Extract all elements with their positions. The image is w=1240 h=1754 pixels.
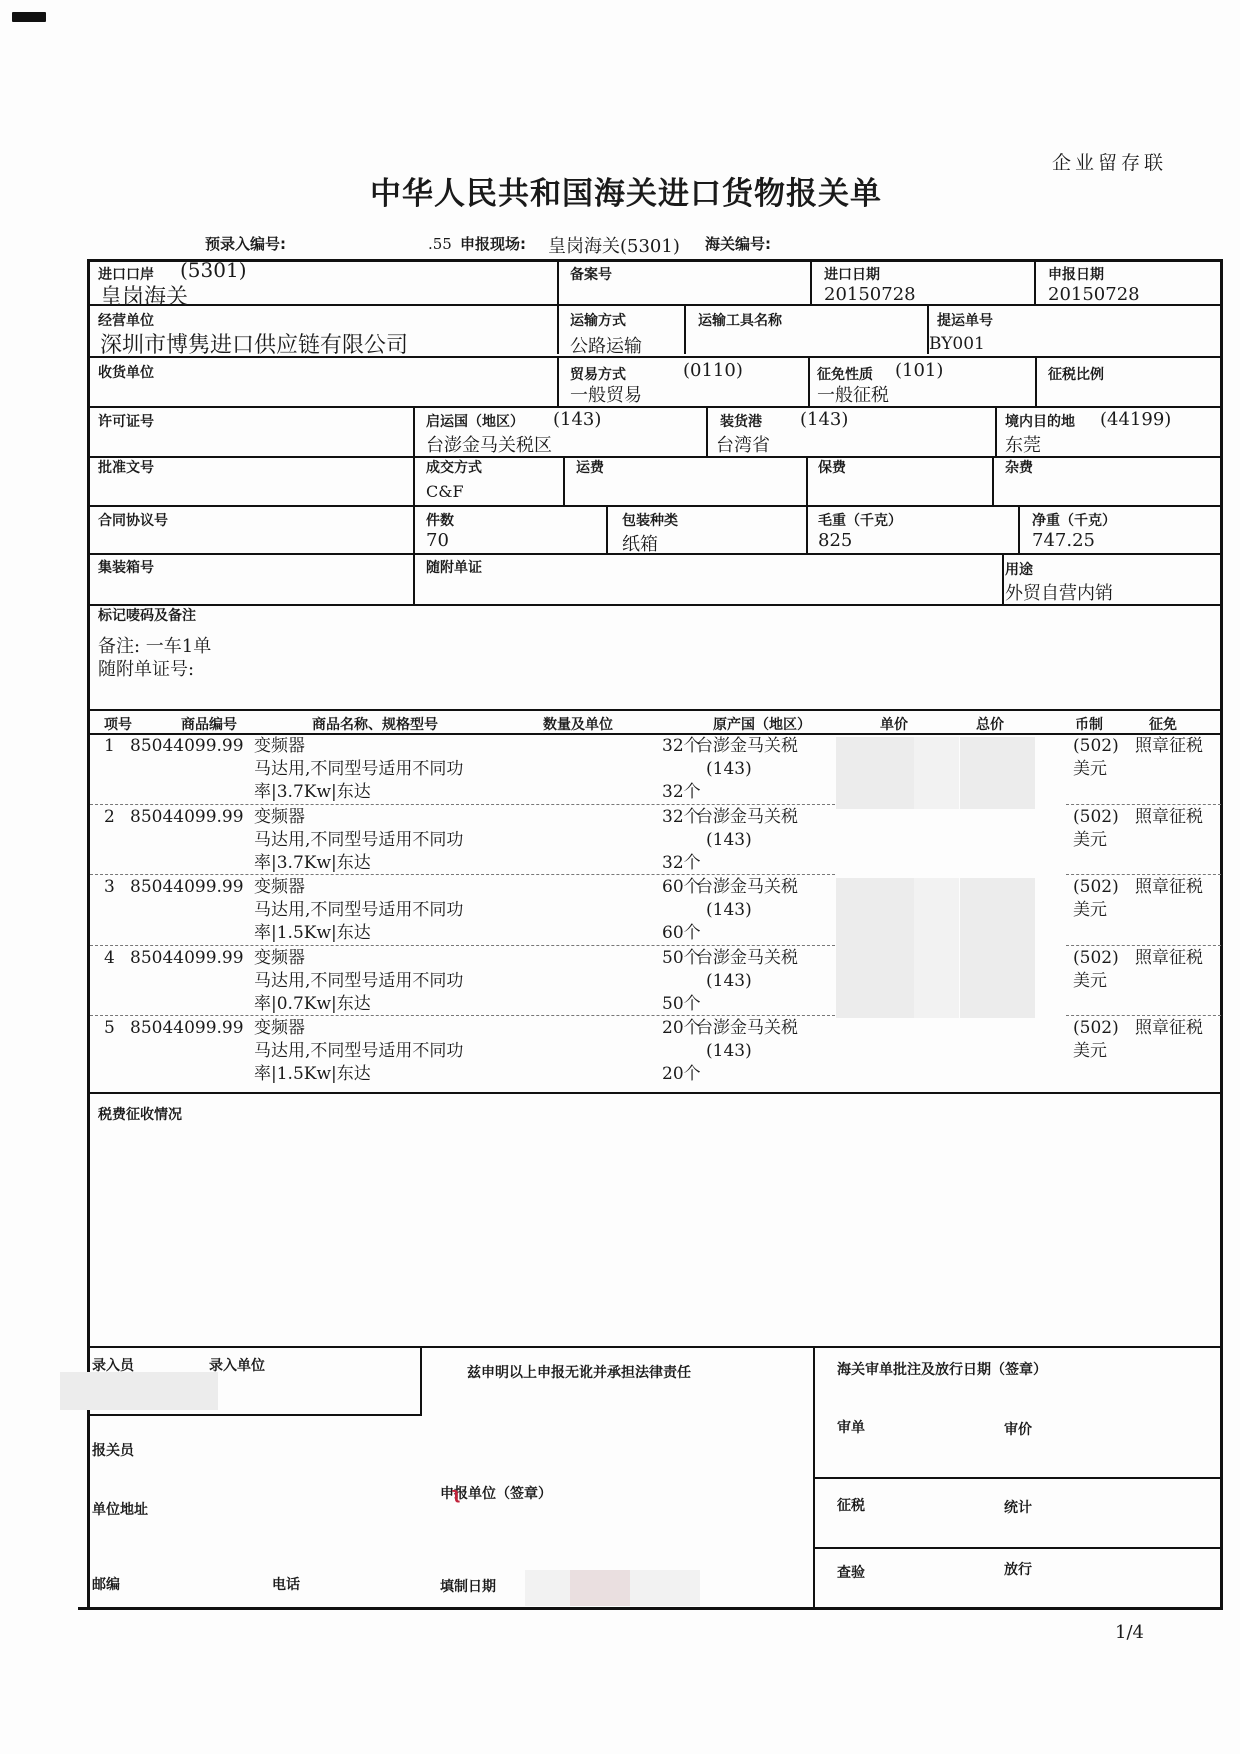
pre-entry-value: .55 [428, 235, 452, 253]
divider [813, 1547, 1221, 1549]
origin-country-label: 启运国（地区） [426, 411, 524, 431]
divider [87, 505, 1222, 507]
item-origin-code: (143) [706, 758, 752, 781]
approval-no-label: 批准文号 [98, 457, 154, 477]
destination-value: 东莞 [1005, 431, 1041, 457]
item-currency: 美元 [1073, 970, 1107, 993]
item-name: 变频器 [254, 876, 305, 899]
transaction-mode-label: 成交方式 [426, 457, 482, 477]
item-origin-code: (143) [706, 829, 752, 852]
consignee-label: 收货单位 [98, 362, 154, 382]
item-code: 85044099.99 [130, 1017, 244, 1040]
declare-date-value: 20150728 [1048, 284, 1140, 305]
item-origin-code: (143) [706, 1040, 752, 1063]
item-origin: 台澎金马关税 [696, 806, 798, 829]
item-spec-1: 马达用,不同型号适用不同功 [254, 1040, 463, 1063]
divider [420, 1346, 422, 1416]
item-code: 85044099.99 [130, 947, 244, 970]
origin-country-code: (143) [553, 409, 601, 430]
pieces-value: 70 [426, 530, 449, 551]
item-origin: 台澎金马关税 [696, 947, 798, 970]
divider [87, 406, 1222, 408]
divider [87, 1346, 1222, 1348]
package-type-value: 纸箱 [622, 530, 658, 556]
divider [995, 406, 997, 456]
item-origin: 台澎金马关税 [696, 876, 798, 899]
operating-unit-value: 深圳市博隽进口供应链有限公司 [100, 328, 408, 359]
item-levy: 照章征税 [1135, 1017, 1203, 1040]
copy-label: 企业留存联 [1052, 148, 1167, 175]
release-label: 放行 [1004, 1559, 1032, 1579]
net-weight-value: 747.25 [1032, 530, 1095, 551]
scan-mark [12, 12, 46, 22]
item-qty: 50个 [662, 947, 701, 970]
th-origin: 原产国（地区） [713, 714, 811, 734]
declare-site-value: 皇岗海关(5301) [548, 232, 680, 258]
divider [992, 456, 994, 506]
origin-country-value: 台澎金马关税区 [426, 431, 552, 457]
import-port-code: (5301) [180, 258, 247, 282]
item-levy: 照章征税 [1135, 806, 1203, 829]
divider [1018, 505, 1020, 555]
item-qty-2: 60个 [662, 922, 701, 945]
redacted-block [60, 1372, 218, 1410]
item-spec-1: 马达用,不同型号适用不同功 [254, 899, 463, 922]
review-label: 审单 [837, 1417, 865, 1437]
divider [1034, 259, 1036, 306]
table-row: 385044099.99变频器马达用,不同型号适用不同功率|1.5Kw|东达60… [0, 876, 1240, 947]
taxation-label: 征税 [837, 1495, 865, 1515]
item-levy: 照章征税 [1135, 947, 1203, 970]
item-currency-code: (502) [1073, 1017, 1119, 1040]
item-no: 1 [104, 735, 115, 758]
th-levy: 征免 [1149, 714, 1177, 734]
th-item-code: 商品编号 [181, 714, 237, 734]
divider [806, 456, 808, 506]
page-number: 1/4 [1115, 1622, 1144, 1643]
divider [808, 356, 810, 406]
declare-date-label: 申报日期 [1048, 264, 1104, 284]
insurance-label: 保费 [818, 457, 846, 477]
import-port-value: 皇岗海关 [100, 280, 188, 311]
transport-tool-label: 运输工具名称 [698, 310, 782, 330]
loading-port-code: (143) [800, 409, 848, 430]
th-currency: 币制 [1075, 714, 1103, 734]
item-origin: 台澎金马关税 [696, 735, 798, 758]
item-no: 3 [104, 876, 115, 899]
item-spec-1: 马达用,不同型号适用不同功 [254, 970, 463, 993]
item-qty: 32个 [662, 806, 701, 829]
loading-port-value: 台湾省 [716, 431, 770, 457]
divider [813, 1477, 1221, 1479]
th-unit-price: 单价 [880, 714, 908, 734]
item-code: 85044099.99 [130, 735, 244, 758]
divider [87, 456, 1222, 458]
item-qty: 60个 [662, 876, 701, 899]
item-spec-1: 马达用,不同型号适用不同功 [254, 829, 463, 852]
divider [810, 259, 812, 306]
item-name: 变频器 [254, 1017, 305, 1040]
contract-no-label: 合同协议号 [98, 510, 168, 530]
redacted-block [630, 1570, 700, 1606]
table-row: 485044099.99变频器马达用,不同型号适用不同功率|0.7Kw|东达50… [0, 947, 1240, 1018]
item-spec-2: 率|1.5Kw|东达 [254, 1063, 371, 1086]
transaction-mode-value: C&F [426, 482, 464, 501]
item-qty-2: 20个 [662, 1063, 701, 1086]
trade-mode-code: (0110) [683, 360, 743, 381]
frame-bottom [78, 1607, 1223, 1610]
item-currency: 美元 [1073, 758, 1107, 781]
row-separator [90, 874, 835, 875]
row-separator [1066, 1015, 1221, 1016]
th-quantity: 数量及单位 [543, 714, 613, 734]
postcode-label: 邮编 [92, 1574, 120, 1594]
item-origin-code: (143) [706, 899, 752, 922]
broker-label: 报关员 [92, 1440, 134, 1460]
transport-mode-label: 运输方式 [570, 310, 626, 330]
item-spec-2: 率|3.7Kw|东达 [254, 852, 371, 875]
red-mark: ʅ [451, 1484, 461, 1503]
phone-label: 电话 [272, 1574, 300, 1594]
item-no: 5 [104, 1017, 115, 1040]
table-row: 185044099.99变频器马达用,不同型号适用不同功率|3.7Kw|东达32… [0, 735, 1240, 806]
fill-date-label: 填制日期 [440, 1576, 496, 1596]
levy-ratio-label: 征税比例 [1048, 364, 1104, 384]
trade-mode-value: 一般贸易 [570, 381, 642, 407]
license-no-label: 许可证号 [98, 411, 154, 431]
item-qty: 20个 [662, 1017, 701, 1040]
divider [1002, 553, 1004, 606]
row-separator [1066, 874, 1221, 875]
item-qty-2: 32个 [662, 781, 701, 804]
th-total-price: 总价 [976, 714, 1004, 734]
destination-code: (44199) [1100, 409, 1171, 430]
item-currency-code: (502) [1073, 735, 1119, 758]
th-item-name: 商品名称、规格型号 [312, 714, 438, 734]
import-date-label: 进口日期 [824, 264, 880, 284]
item-no: 2 [104, 806, 115, 829]
item-name: 变频器 [254, 735, 305, 758]
divider [87, 1092, 1222, 1094]
row-separator [1066, 945, 1221, 946]
usage-label: 用途 [1005, 559, 1033, 579]
item-name: 变频器 [254, 806, 305, 829]
loading-port-label: 装货港 [720, 411, 762, 431]
divider [87, 709, 1222, 711]
item-name: 变频器 [254, 947, 305, 970]
declaration-text: 兹申明以上申报无讹并承担法律责任 [467, 1362, 691, 1382]
frame-top [87, 259, 1222, 262]
divider [557, 356, 559, 406]
inspection-label: 查验 [837, 1562, 865, 1582]
pre-entry-label: 预录入编号: [205, 233, 286, 254]
item-spec-2: 率|1.5Kw|东达 [254, 922, 371, 945]
operating-unit-label: 经营单位 [98, 310, 154, 330]
statistics-label: 统计 [1004, 1497, 1032, 1517]
item-qty-2: 50个 [662, 993, 701, 1016]
item-currency-code: (502) [1073, 947, 1119, 970]
customs-no-label: 海关编号: [705, 233, 771, 254]
gross-weight-label: 毛重（千克） [818, 510, 902, 530]
levy-nature-code: (101) [895, 360, 943, 381]
misc-fee-label: 杂费 [1005, 457, 1033, 477]
document-title: 中华人民共和国海关进口货物报关单 [370, 168, 882, 213]
table-row: 285044099.99变频器马达用,不同型号适用不同功率|3.7Kw|东达32… [0, 806, 1240, 877]
item-no: 4 [104, 947, 115, 970]
item-origin: 台澎金马关税 [696, 1017, 798, 1040]
divider [806, 505, 808, 555]
row-separator [90, 1015, 835, 1016]
declare-site-label: 申报现场: [460, 233, 526, 254]
item-currency-code: (502) [1073, 806, 1119, 829]
divider [706, 406, 708, 456]
bill-of-lading-label: 提运单号 [937, 310, 993, 330]
remarks-line2: 随附单证号: [98, 655, 194, 681]
row-separator [90, 804, 835, 805]
customs-approval-label: 海关审单批注及放行日期（签章） [837, 1359, 1047, 1379]
item-spec-2: 率|0.7Kw|东达 [254, 993, 371, 1016]
table-row: 585044099.99变频器马达用,不同型号适用不同功率|1.5Kw|东达20… [0, 1017, 1240, 1088]
item-origin-code: (143) [706, 970, 752, 993]
attached-docs-label: 随附单证 [426, 557, 482, 577]
unit-address-label: 单位地址 [92, 1499, 148, 1519]
container-no-label: 集装箱号 [98, 557, 154, 577]
redacted-block [525, 1570, 570, 1606]
item-currency: 美元 [1073, 829, 1107, 852]
item-currency-code: (502) [1073, 876, 1119, 899]
record-no-label: 备案号 [570, 264, 612, 284]
net-weight-label: 净重（千克） [1032, 510, 1116, 530]
row-separator [1066, 804, 1221, 805]
th-item-no: 项号 [104, 714, 132, 734]
divider [557, 259, 559, 354]
pieces-label: 件数 [426, 510, 454, 530]
destination-label: 境内目的地 [1005, 411, 1075, 431]
item-qty-2: 32个 [662, 852, 701, 875]
row-separator [90, 945, 835, 946]
remarks-label: 标记唛码及备注 [98, 605, 196, 625]
item-spec-1: 马达用,不同型号适用不同功 [254, 758, 463, 781]
item-levy: 照章征税 [1135, 735, 1203, 758]
item-currency: 美元 [1073, 1040, 1107, 1063]
usage-value: 外贸自营内销 [1005, 579, 1113, 605]
divider [606, 505, 608, 555]
item-qty: 32个 [662, 735, 701, 758]
item-levy: 照章征税 [1135, 876, 1203, 899]
tax-section-label: 税费征收情况 [98, 1104, 182, 1124]
import-date-value: 20150728 [824, 284, 916, 305]
bill-of-lading-value: BY001 [929, 334, 985, 354]
item-currency: 美元 [1073, 899, 1107, 922]
divider [87, 1414, 422, 1416]
freight-label: 运费 [576, 457, 604, 477]
item-code: 85044099.99 [130, 876, 244, 899]
levy-nature-value: 一般征税 [817, 381, 889, 407]
divider [1035, 356, 1037, 406]
divider [563, 456, 565, 506]
gross-weight-value: 825 [818, 530, 852, 551]
transport-mode-value: 公路运输 [570, 332, 642, 358]
package-type-label: 包装种类 [622, 510, 678, 530]
item-code: 85044099.99 [130, 806, 244, 829]
divider [684, 304, 686, 354]
item-spec-2: 率|3.7Kw|东达 [254, 781, 371, 804]
valuation-label: 审价 [1004, 1419, 1032, 1439]
redacted-block [570, 1570, 630, 1606]
